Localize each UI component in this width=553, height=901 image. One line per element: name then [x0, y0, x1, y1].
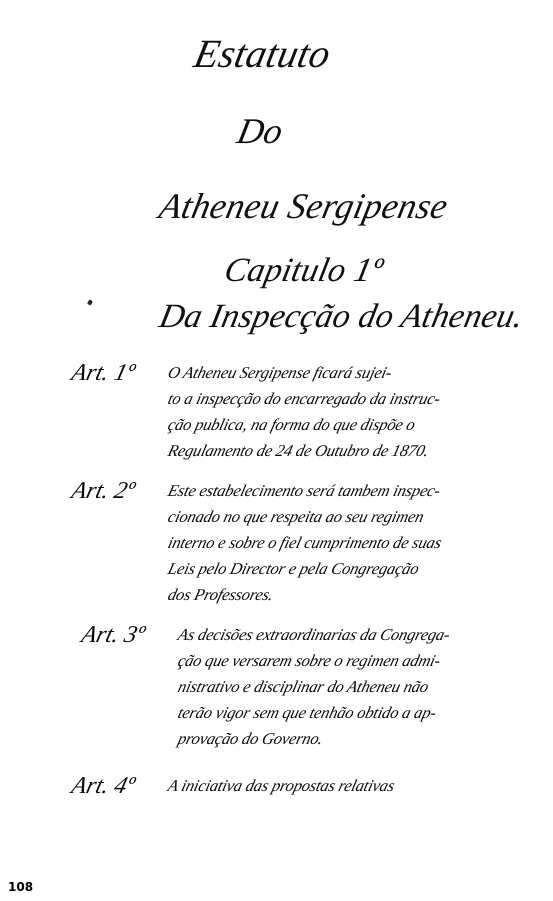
article-label: Art. 1º — [69, 360, 138, 387]
article-body: O Atheneu Sergipense ficará sujei- to a … — [165, 360, 515, 464]
article-label: Art. 3º — [79, 622, 148, 649]
article-line: ção que versarem sobre o regimen admi- — [175, 648, 531, 674]
article-label: Art. 2º — [69, 478, 138, 505]
article-body: As decisões extraordinarias da Congrega-… — [175, 622, 525, 752]
article-line: to a inspecção do encarregado da instruc… — [165, 386, 521, 412]
chapter-heading: Capitulo 1º — [221, 252, 386, 290]
article-line: O Atheneu Sergipense ficará sujei- — [165, 360, 521, 386]
article-line: provação do Governo. — [175, 726, 531, 752]
article-line: A iniciativa das propostas relativas — [165, 773, 521, 799]
article-line: As decisões extraordinarias da Congrega- — [175, 622, 531, 648]
article-line: dos Professores. — [165, 582, 521, 608]
page-number: 108 — [8, 880, 33, 894]
article-line: interno e sobre o fiel cumprimento de su… — [165, 530, 521, 556]
document-title-do: Do — [234, 110, 287, 152]
article-body: Este estabelecimento será tambem inspec-… — [165, 478, 515, 608]
article-line: Regulamento de 24 de Outubro de 1870. — [165, 438, 521, 464]
ink-mark — [87, 299, 93, 305]
article-line: Este estabelecimento será tambem inspec- — [165, 478, 521, 504]
document-title-institution: Atheneu Sergipense — [156, 185, 452, 227]
article-body: A iniciativa das propostas relativas — [165, 773, 515, 799]
article-line: nistrativo e disciplinar do Atheneu não — [175, 674, 531, 700]
manuscript-page: Estatuto Do Atheneu Sergipense Capitulo … — [0, 0, 553, 901]
article-line: terão vigor sem que tenhão obtido a ap- — [175, 700, 531, 726]
article-line: ção publica, na forma do que dispõe o — [165, 412, 521, 438]
document-title-estatuto: Estatuto — [190, 30, 335, 77]
article-label: Art. 4º — [69, 773, 138, 800]
article-line: cionado no que respeita ao seu regimen — [165, 504, 521, 530]
article-line: Leis pelo Director e pela Congregação — [165, 556, 521, 582]
chapter-subtitle: Da Inspecção do Atheneu. — [156, 298, 527, 336]
